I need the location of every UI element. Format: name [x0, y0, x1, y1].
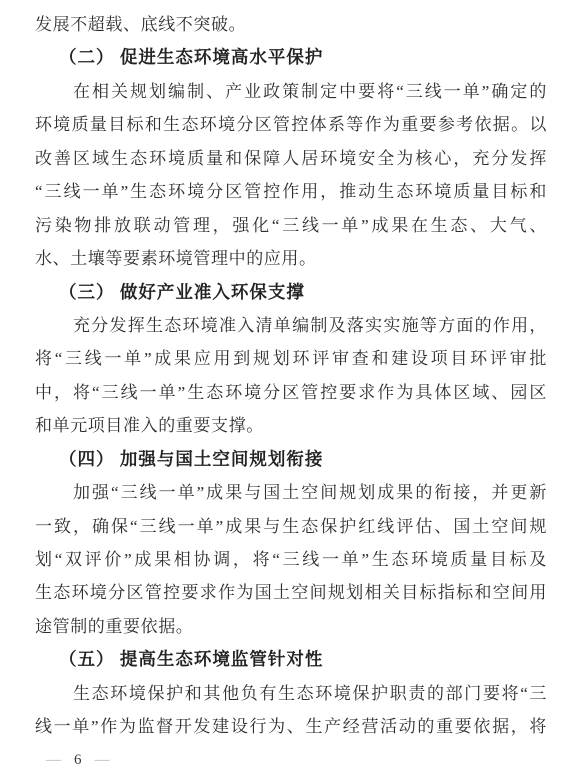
section-heading: （五） 提高生态环境监管针对性: [35, 643, 547, 676]
footer-right-dash: —: [95, 752, 110, 769]
section-heading: （四） 加强与国土空间规划衔接: [35, 443, 547, 476]
text-line: 充分发挥生态环境准入清单编制及落实实施等方面的作用，: [35, 309, 547, 342]
text-line: 加强“三线一单”成果与国土空间规划成果的衔接，并更新: [35, 476, 547, 509]
document-body: 发展不超载、底线不突破。（二） 促进生态环境高水平保护在相关规划编制、产业政策制…: [35, 8, 547, 744]
text-line: 生态环境保护和其他负有生态环境保护职责的部门要将“三: [35, 677, 547, 710]
text-line: “三线一单”生态环境分区管控作用，推动生态环境质量目标和: [35, 175, 547, 208]
text-line: 改善区域生态环境质量和保障人居环境安全为核心，充分发挥: [35, 142, 547, 175]
text-line: 发展不超载、底线不突破。: [35, 8, 547, 41]
text-line: 环境质量目标和生态环境分区管控体系等作为重要参考依据。以: [35, 108, 547, 141]
section-heading: （三） 做好产业准入环保支撑: [35, 276, 547, 309]
text-line: 途管制的重要依据。: [35, 610, 547, 643]
text-line: 在相关规划编制、产业政策制定中要将“三线一单”确定的: [35, 75, 547, 108]
document-page: 发展不超载、底线不突破。（二） 促进生态环境高水平保护在相关规划编制、产业政策制…: [0, 0, 570, 781]
text-line: 划“双评价”成果相协调，将“三线一单”生态环境质量目标及: [35, 543, 547, 576]
text-line: 中，将“三线一单”生态环境分区管控要求作为具体区域、园区: [35, 376, 547, 409]
page-number: 6: [74, 752, 82, 769]
section-heading: （二） 促进生态环境高水平保护: [35, 41, 547, 74]
text-line: 水、土壤等要素环境管理中的应用。: [35, 242, 547, 275]
text-line: 一致，确保“三线一单”成果与生态保护红线评估、国土空间规: [35, 510, 547, 543]
page-footer: — 6 —: [46, 747, 110, 773]
footer-left-dash: —: [46, 752, 61, 769]
scanned-document-page: { "page": { "background": "#ffffff", "te…: [0, 0, 570, 781]
text-line: 生态环境分区管控要求作为国土空间规划相关目标指标和空间用: [35, 576, 547, 609]
text-line: 和单元项目准入的重要支撑。: [35, 409, 547, 442]
text-line: 线一单”作为监督开发建设行为、生产经营活动的重要依据，将: [35, 710, 547, 743]
text-line: 将“三线一单”成果应用到规划环评审查和建设项目环评审批: [35, 342, 547, 375]
text-line: 污染物排放联动管理，强化“三线一单”成果在生态、大气、: [35, 209, 547, 242]
